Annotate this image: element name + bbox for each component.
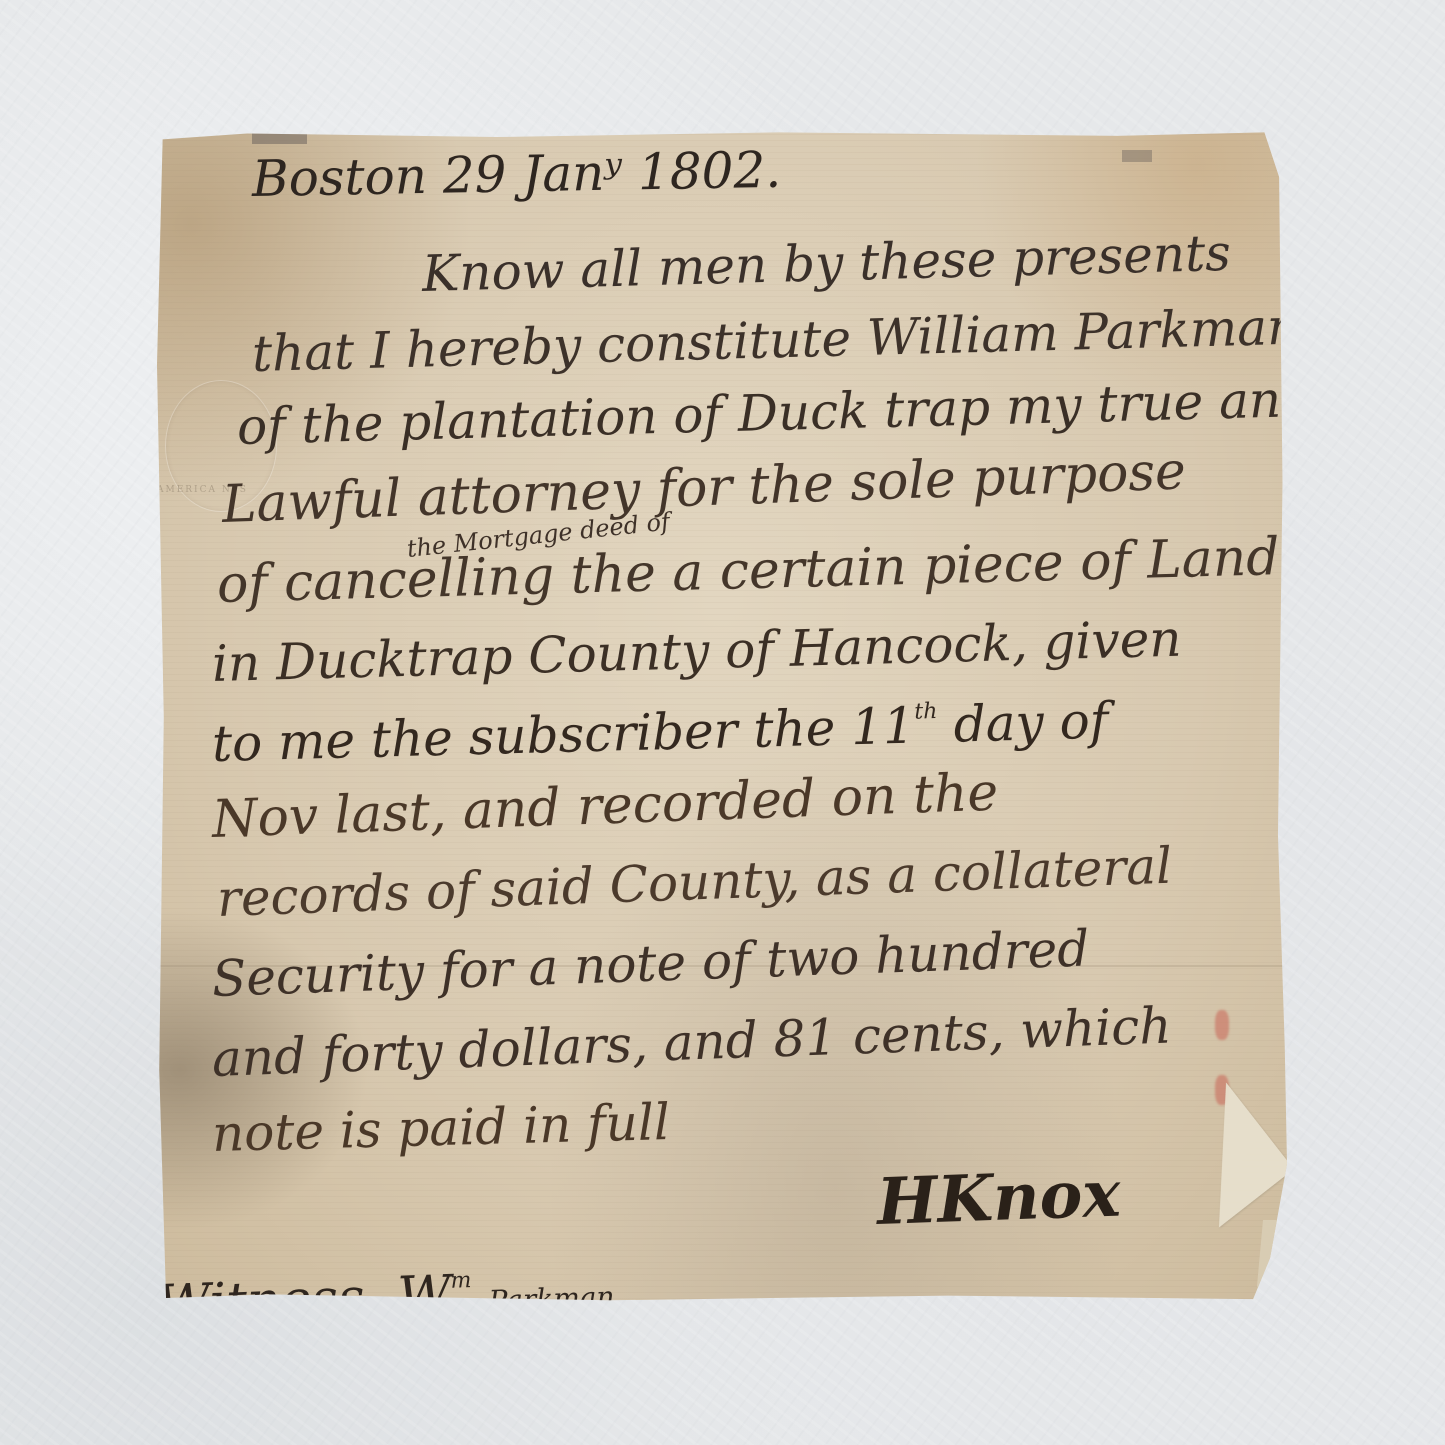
text-line-12: note is paid in full (211, 1093, 670, 1163)
top-right-damage (1122, 150, 1152, 162)
signature-knox: HKnox (876, 1157, 1122, 1240)
document-paper: AMERICA NTS Boston 29 Janʸ 1802. Know al… (157, 130, 1287, 1305)
witness-superscript: m (450, 1268, 472, 1294)
red-wax-stain (1215, 1010, 1229, 1040)
ordinal-superscript: th (914, 699, 938, 725)
text-line-7-suffix: day of (937, 692, 1109, 754)
place-and-date: Boston 29 Janʸ 1802. (251, 141, 781, 208)
